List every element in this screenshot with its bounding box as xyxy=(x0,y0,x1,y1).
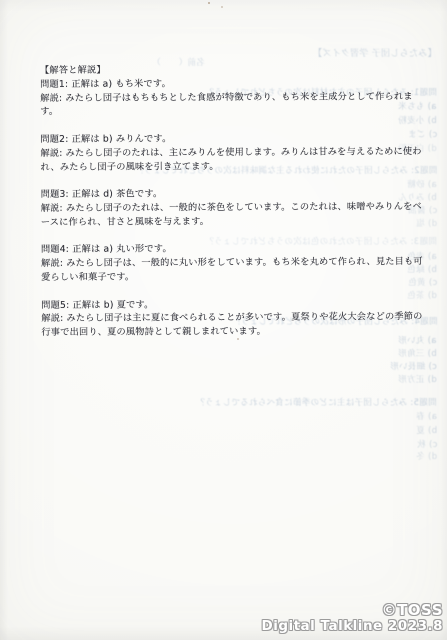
watermark: ©TOSS Digital Talkline 2023.8 xyxy=(261,602,443,635)
qa-section-2: 問題2: 正解は b) みりんです。 解説: みたらし団子のたれは、主にみりんを… xyxy=(40,131,430,174)
bleedthrough-line: a) 春 xyxy=(416,410,437,422)
bleedthrough-line: b) 夏 xyxy=(416,424,437,436)
explanation-text: 解説: みたらし団子は、一般的に丸い形をしています。もち米を丸めて作られ、見た目… xyxy=(41,255,431,285)
dust-speck xyxy=(221,6,223,8)
bleedthrough-line: 問題5: みたらし団子は主にどの季節に食べられるでしょう？ xyxy=(196,396,437,408)
scanned-document-page: 【みたらし団子 学習クイズ】 名前（ ） 問題1: みたらし団子の主な材料は次の… xyxy=(0,0,447,640)
bleedthrough-line: d) 冬 xyxy=(416,450,437,462)
bleedthrough-line: c) 秋 xyxy=(417,438,437,450)
answer-sheet: 【解答と解説】 問題1: 正解は a) もち米です。 解説: みたらし団子はもち… xyxy=(40,62,431,340)
explanation-text: 解説: みたらし団子はもちもちとした食感が特徴であり、もち米を主成分として作られ… xyxy=(40,90,430,120)
bleedthrough-line: b) 三角形 xyxy=(398,347,437,359)
explanation-text: 解説: みたらし団子は主に夏に食べられることが多いです。夏祭りや花火大会などの季… xyxy=(41,310,431,340)
watermark-credit: Digital Talkline 2023.8 xyxy=(261,619,443,635)
bleedthrough-line: c) 細長い形 xyxy=(390,360,437,372)
qa-section-4: 問題4: 正解は a) 丸い形です。 解説: みたらし団子は、一般的に丸い形をし… xyxy=(41,241,431,284)
explanation-text: 解説: みたらし団子のたれは、主にみりんを使用します。みりんは甘みを与えるために… xyxy=(40,145,430,175)
bleedthrough-line: 【みたらし団子 学習クイズ】 xyxy=(313,46,437,59)
watermark-copyright: ©TOSS xyxy=(261,602,443,619)
qa-section-3: 問題3: 正解は d) 茶色です。 解説: みたらし団子のたれは、一般的に茶色を… xyxy=(41,186,431,229)
qa-section-5: 問題5: 正解は b) 夏です。 解説: みたらし団子は主に夏に食べられることが… xyxy=(41,297,431,340)
dust-speck xyxy=(237,338,239,340)
dust-speck xyxy=(208,2,210,4)
bleedthrough-line: d) 正方形 xyxy=(398,373,437,385)
explanation-text: 解説: みたらし団子のたれは、一般的に茶色をしています。このたれは、味噌やみりん… xyxy=(41,200,431,230)
qa-section-1: 問題1: 正解は a) もち米です。 解説: みたらし団子はもちもちとした食感が… xyxy=(40,76,430,119)
